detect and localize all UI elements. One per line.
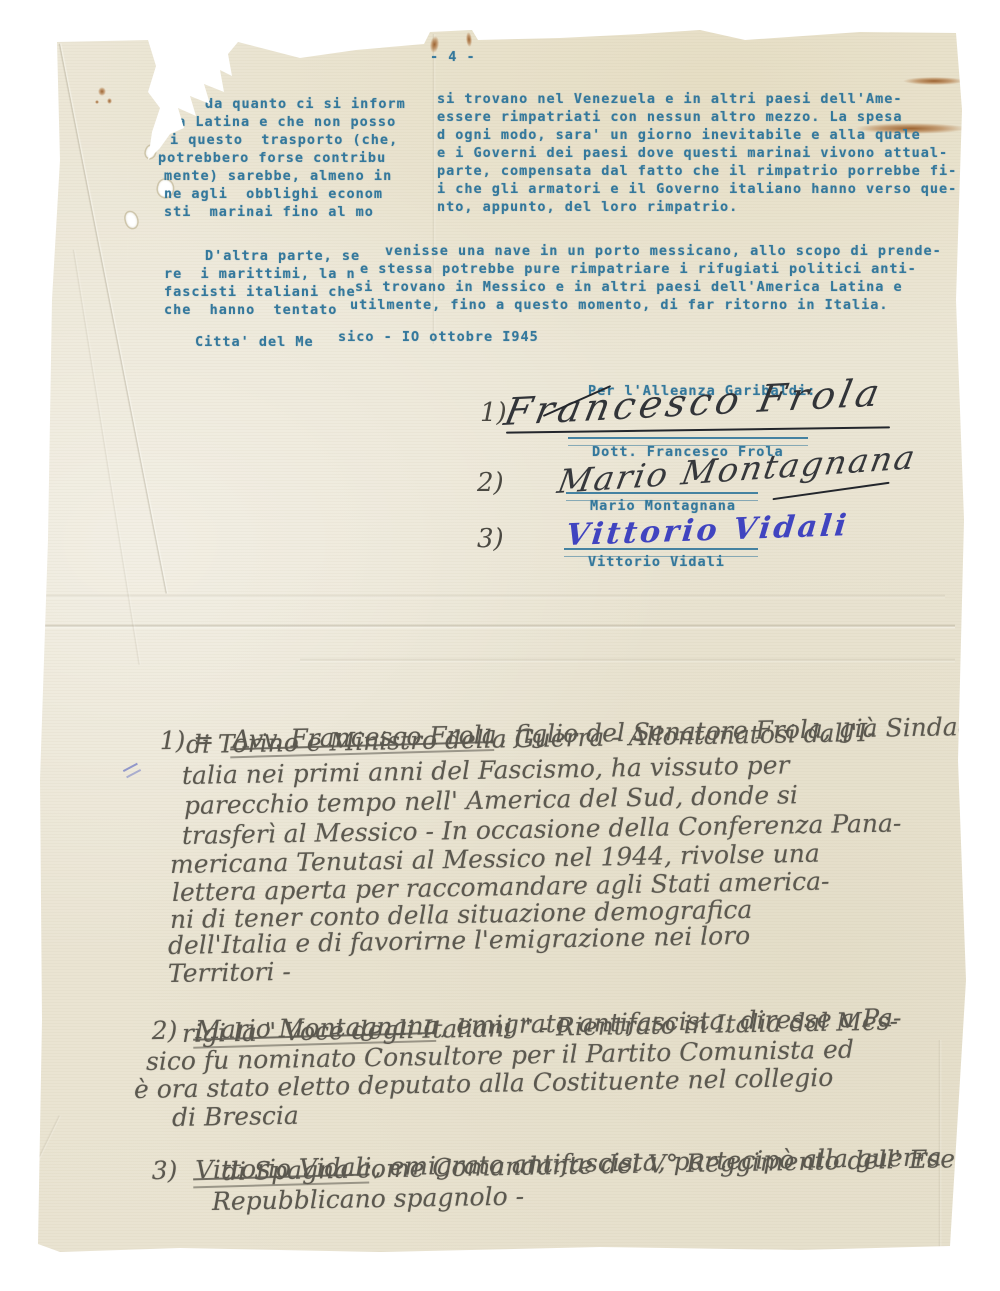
note-line: Repubblicano spagnolo - <box>212 1183 525 1216</box>
tear-hole <box>144 145 157 159</box>
crease <box>72 249 142 664</box>
crease <box>0 1115 62 1252</box>
crease <box>40 624 955 629</box>
typed-line-right: i che gli armatori e il Governo italiano… <box>437 181 957 197</box>
typed-line-left: sti marinai fino al mo <box>164 204 374 220</box>
typed-line-right: e i Governi dei paesi dove questi marina… <box>437 145 948 161</box>
crease <box>45 594 945 599</box>
signature-typed-name-2: Mario Montagnana <box>590 498 736 514</box>
rust-stain <box>465 32 472 47</box>
typed-line-left: che hanno tentato <box>164 302 337 318</box>
typed-line-left: re i marittimi, la n <box>164 266 356 282</box>
typed-line-right: si trovano in Messico e in altri paesi d… <box>355 279 903 295</box>
crease <box>300 658 955 663</box>
typed-line-left: fascisti italiani che <box>164 284 356 300</box>
typed-line-right: parte, compensata dal fatto che il rimpa… <box>437 163 957 179</box>
rust-stain <box>107 98 112 104</box>
typed-line-left: D'altra parte, se <box>205 248 360 264</box>
dateline-left: Citta' del Me <box>195 334 314 350</box>
note-marker-3: 3) <box>151 1156 177 1185</box>
typed-line-left: ne agli obblighi econom <box>164 186 383 202</box>
signature-marker-2: 2) <box>477 468 504 498</box>
note-line: Territori - <box>168 958 291 988</box>
typed-line-right: utilmente, fino a questo momento, di far… <box>350 297 889 313</box>
typed-line-right: essere rimpatriati con nessun altro mezz… <box>437 109 903 125</box>
page-number: - 4 - <box>430 49 476 65</box>
signature-autograph-1: Francesco Frola <box>501 370 887 433</box>
typed-line-left: ca Latina e che non posso <box>168 114 396 130</box>
rust-stain <box>903 77 965 85</box>
note-marker-2: 2) <box>151 1016 177 1045</box>
dateline-right: sico - IO ottobre I945 <box>338 329 539 345</box>
typed-line-left: potrebbero forse contribu <box>158 150 386 166</box>
typed-line-right: d ogni modo, sara' un giorno inevitabile… <box>437 127 921 143</box>
signature-marker-3: 3) <box>477 524 504 554</box>
rust-stain <box>95 100 99 104</box>
typed-line-right: nto, appunto, del loro rimpatrio. <box>437 199 738 215</box>
signature-autograph-3: Vittorio Vidali <box>564 508 851 553</box>
tear-hole <box>124 211 138 229</box>
signature-typed-name-3: Vittorio Vidali <box>588 554 725 570</box>
typed-line-left: da quanto ci si inform <box>205 96 406 112</box>
paper-sheet: - 4 - da quanto ci si inform si trovano … <box>0 0 1000 1291</box>
rust-stain <box>98 87 106 96</box>
typed-line-right: e stessa potrebbe pure rimpatriare i rif… <box>360 261 917 277</box>
typed-line-left: i questo trasporto (che, <box>170 132 398 148</box>
typed-line-right: venisse una nave in un porto messicano, … <box>385 243 942 259</box>
typed-line-right: si trovano nel Venezuela e in altri paes… <box>437 91 903 107</box>
scan-background: - 4 - da quanto ci si inform si trovano … <box>0 0 1000 1291</box>
typed-line-left: mente) sarebbe, almeno in <box>164 168 392 184</box>
